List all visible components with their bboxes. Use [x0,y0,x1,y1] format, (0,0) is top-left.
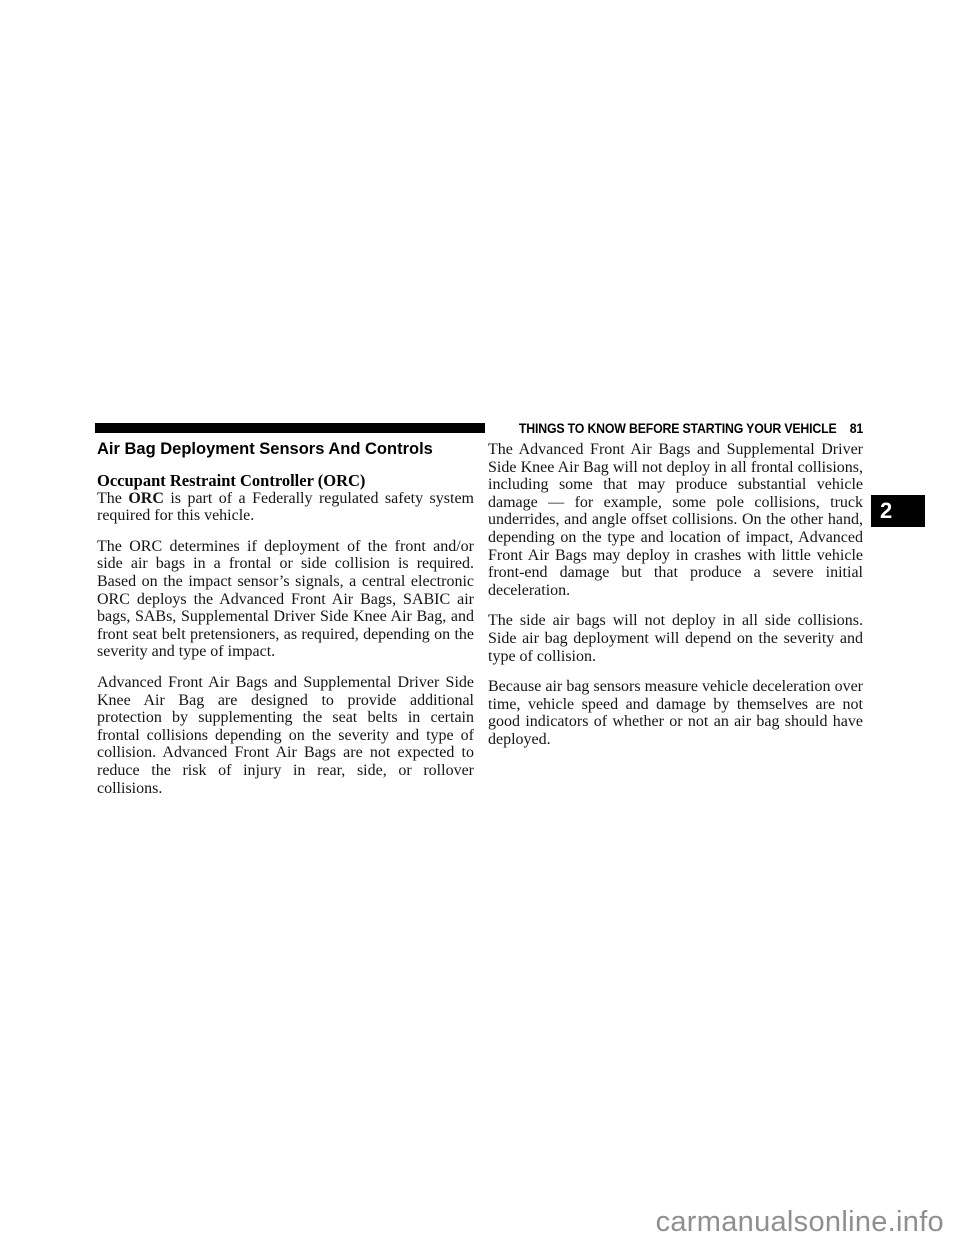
left-column: Air Bag Deployment Sensors And Controls … [97,440,474,797]
orc-intro-paragraph: The ORC is part of a Federally regulated… [97,490,474,525]
left-paragraphs: The ORC determines if deployment of the … [97,538,474,797]
watermark: carmanualsonline.info [656,1206,944,1238]
right-column: The Advanced Front Air Bags and Suppleme… [488,441,863,749]
chapter-tab: 2 [871,495,925,527]
paragraph: The side air bags will not deploy in all… [488,612,863,665]
manual-page: THINGS TO KNOW BEFORE STARTING YOUR VEHI… [0,0,960,1242]
running-header-text: THINGS TO KNOW BEFORE STARTING YOUR VEHI… [519,419,863,437]
header-title: THINGS TO KNOW BEFORE STARTING YOUR VEHI… [519,420,837,436]
right-paragraphs: The Advanced Front Air Bags and Suppleme… [488,441,863,749]
paragraph: The ORC determines if deployment of the … [97,538,474,661]
header-rule [95,423,485,433]
paragraph: Advanced Front Air Bags and Supplemental… [97,674,474,797]
paragraph: The Advanced Front Air Bags and Suppleme… [488,441,863,599]
page-number: 81 [850,420,863,436]
section-heading: Air Bag Deployment Sensors And Controls [97,440,474,459]
orc-subheading: Occupant Restraint Controller (ORC) [97,472,474,490]
orc-bold-text: ORC [128,490,164,507]
orc-lead-text: The [97,490,128,507]
paragraph: Because air bag sensors measure vehicle … [488,678,863,748]
